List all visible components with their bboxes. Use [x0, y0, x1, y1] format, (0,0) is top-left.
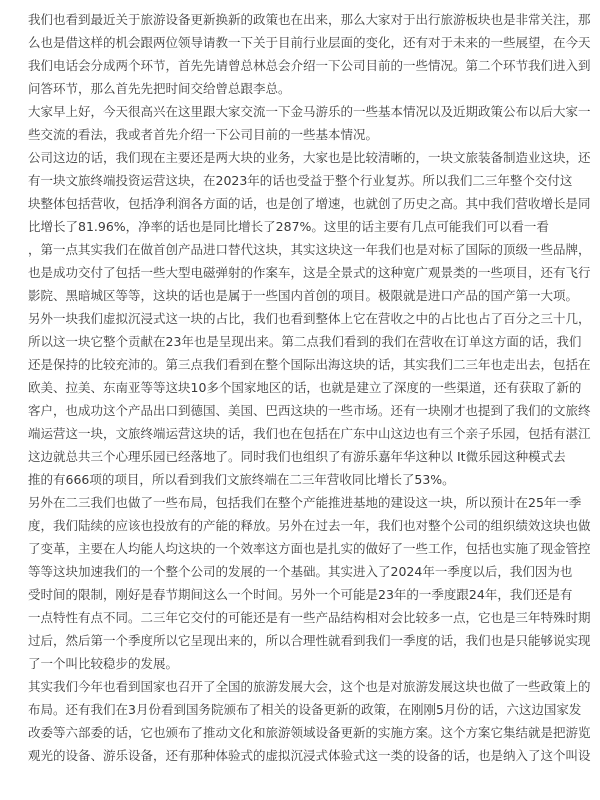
text-line: 另外一块我们虚拟沉浸式这一块的占比，我们也看到整体上它在营收之中的占比也占了百分… — [28, 307, 595, 330]
text-line: 块整体包括营收，包括净利润各方面的话，也是创了增速，也就创了历史之高。其中我们营… — [28, 192, 595, 215]
text-line: 问答环节，那么首先先把时间交给曾总跟李总。 — [28, 77, 595, 100]
text-line: 这边就总共三个心理乐园已经落地了。同时我们也组织了有游乐嘉年华这种以 It微乐园… — [28, 445, 595, 468]
text-line: 我们电话会分成两个环节，首先先请曾总林总会介绍一下公司目前的一些情况。第二个环节… — [28, 54, 595, 77]
text-line: 欧美、拉美、东南亚等等这块10多个国家地区的话，也就是建立了深度的一些渠道，还有… — [28, 376, 595, 399]
text-line: 也是成功交付了包括一些大型电磁弹射的作案车，这是全景式的这种宽广观景类的一些项目… — [28, 261, 595, 284]
text-line: 还是保持的比较充沛的。第三点我们看到在整个国际出海这块的话，其实我们二三年也走出… — [28, 353, 595, 376]
text-line: 了变革，主要在人均能人均这块的一个效率这方面也是扎实的做好了一些工作，包括也实施… — [28, 537, 595, 560]
text-line: 了一个叫比较稳步的发展。 — [28, 652, 595, 675]
text-line: 公司这边的话，我们现在主要还是两大块的业务，大家也是比较清晰的，一块文旅装备制造… — [28, 146, 595, 169]
text-line: 比增长了81.96%，净率的话也是同比增长了287%。这里的话主要有几点可能我们… — [28, 215, 595, 238]
text-line: 改委等六部委的话，它也颁布了推动文化和旅游领域设备更新的实施方案。这个方案它集结… — [28, 721, 595, 744]
text-line: 一点特性有点不同。二三年它交付的可能还是有一些产品结构相对会比较多一点，它也是三… — [28, 606, 595, 629]
text-line: 么也是借这样的机会跟两位领导请教一下关于目前行业层面的变化，还有对于未来的一些展… — [28, 31, 595, 54]
text-line: 受时间的限制，刚好是春节期间这么一个时间。另外一个可能是23年的一季度跟24年，… — [28, 583, 595, 606]
text-line: ，第一点其实我们在做首创产品进口替代这块，其实这块这一年我们也是对标了国际的顶级… — [28, 238, 595, 261]
transcript-page: 我们也看到最近关于旅游设备更新换新的政策也在出来，那么大家对于出行旅游板块也是非… — [0, 0, 600, 800]
text-line: 客户，也成功这个产品出口到德国、美国、巴西这块的一些市场。还有一块刚才也提到了我… — [28, 399, 595, 422]
text-line: 端运营这一块，文旅终端运营这块的话，我们也在包括在广东中山这边也有三个亲子乐园，… — [28, 422, 595, 445]
text-line: 些交流的看法，我或者首先介绍一下公司目前的一些基本情况。 — [28, 123, 595, 146]
text-line: 另外在二三我们也做了一些布局，包括我们在整个产能推进基地的建设这一块，所以预计在… — [28, 491, 595, 514]
text-line: 有一块文旅终端投资运营这块，在2023年的话也受益于整个行业复苏。所以我们二三年… — [28, 169, 595, 192]
text-line: 布局。还有我们在3月份看到国务院颁布了相关的设备更新的政策，在刚刚5月份的话，六… — [28, 698, 595, 721]
text-line: 过后，然后第一个季度所以它呈现出来的，所以合理性就看到我们一季度的话，我们也是只… — [28, 629, 595, 652]
text-line: 观光的设备、游乐设备，还有那种体验式的虚拟沉浸式体验式这一类的设备的话，也是纳入… — [28, 744, 595, 767]
text-line: 等等这块加速我们的一个整个公司的发展的一个基础。其实进入了2024年一季度以后，… — [28, 560, 595, 583]
text-line: 度，我们陆续的应该也投放有的产能的释放。另外在过去一年，我们也对整个公司的组织绩… — [28, 514, 595, 537]
text-line: 推的有666项的项目，所以看到我们文旅终端在二三年营收同比增长了53%。 — [28, 468, 595, 491]
text-line: 所以这一块它整个贡献在23年也是呈现出来。第二点我们看到的我们在营收在订单这方面… — [28, 330, 595, 353]
transcript-text: 我们也看到最近关于旅游设备更新换新的政策也在出来，那么大家对于出行旅游板块也是非… — [28, 8, 595, 767]
text-line: 影院、黑暗城区等等，这块的话也是属于一些国内首创的项目。极限就是进口产品的国产第… — [28, 284, 595, 307]
text-line: 大家早上好，今天很高兴在这里跟大家交流一下金马游乐的一些基本情况以及近期政策公布… — [28, 100, 595, 123]
text-line: 我们也看到最近关于旅游设备更新换新的政策也在出来，那么大家对于出行旅游板块也是非… — [28, 8, 595, 31]
text-line: 其实我们今年也看到国家也召开了全国的旅游发展大会，这个也是对旅游发展这块也做了一… — [28, 675, 595, 698]
